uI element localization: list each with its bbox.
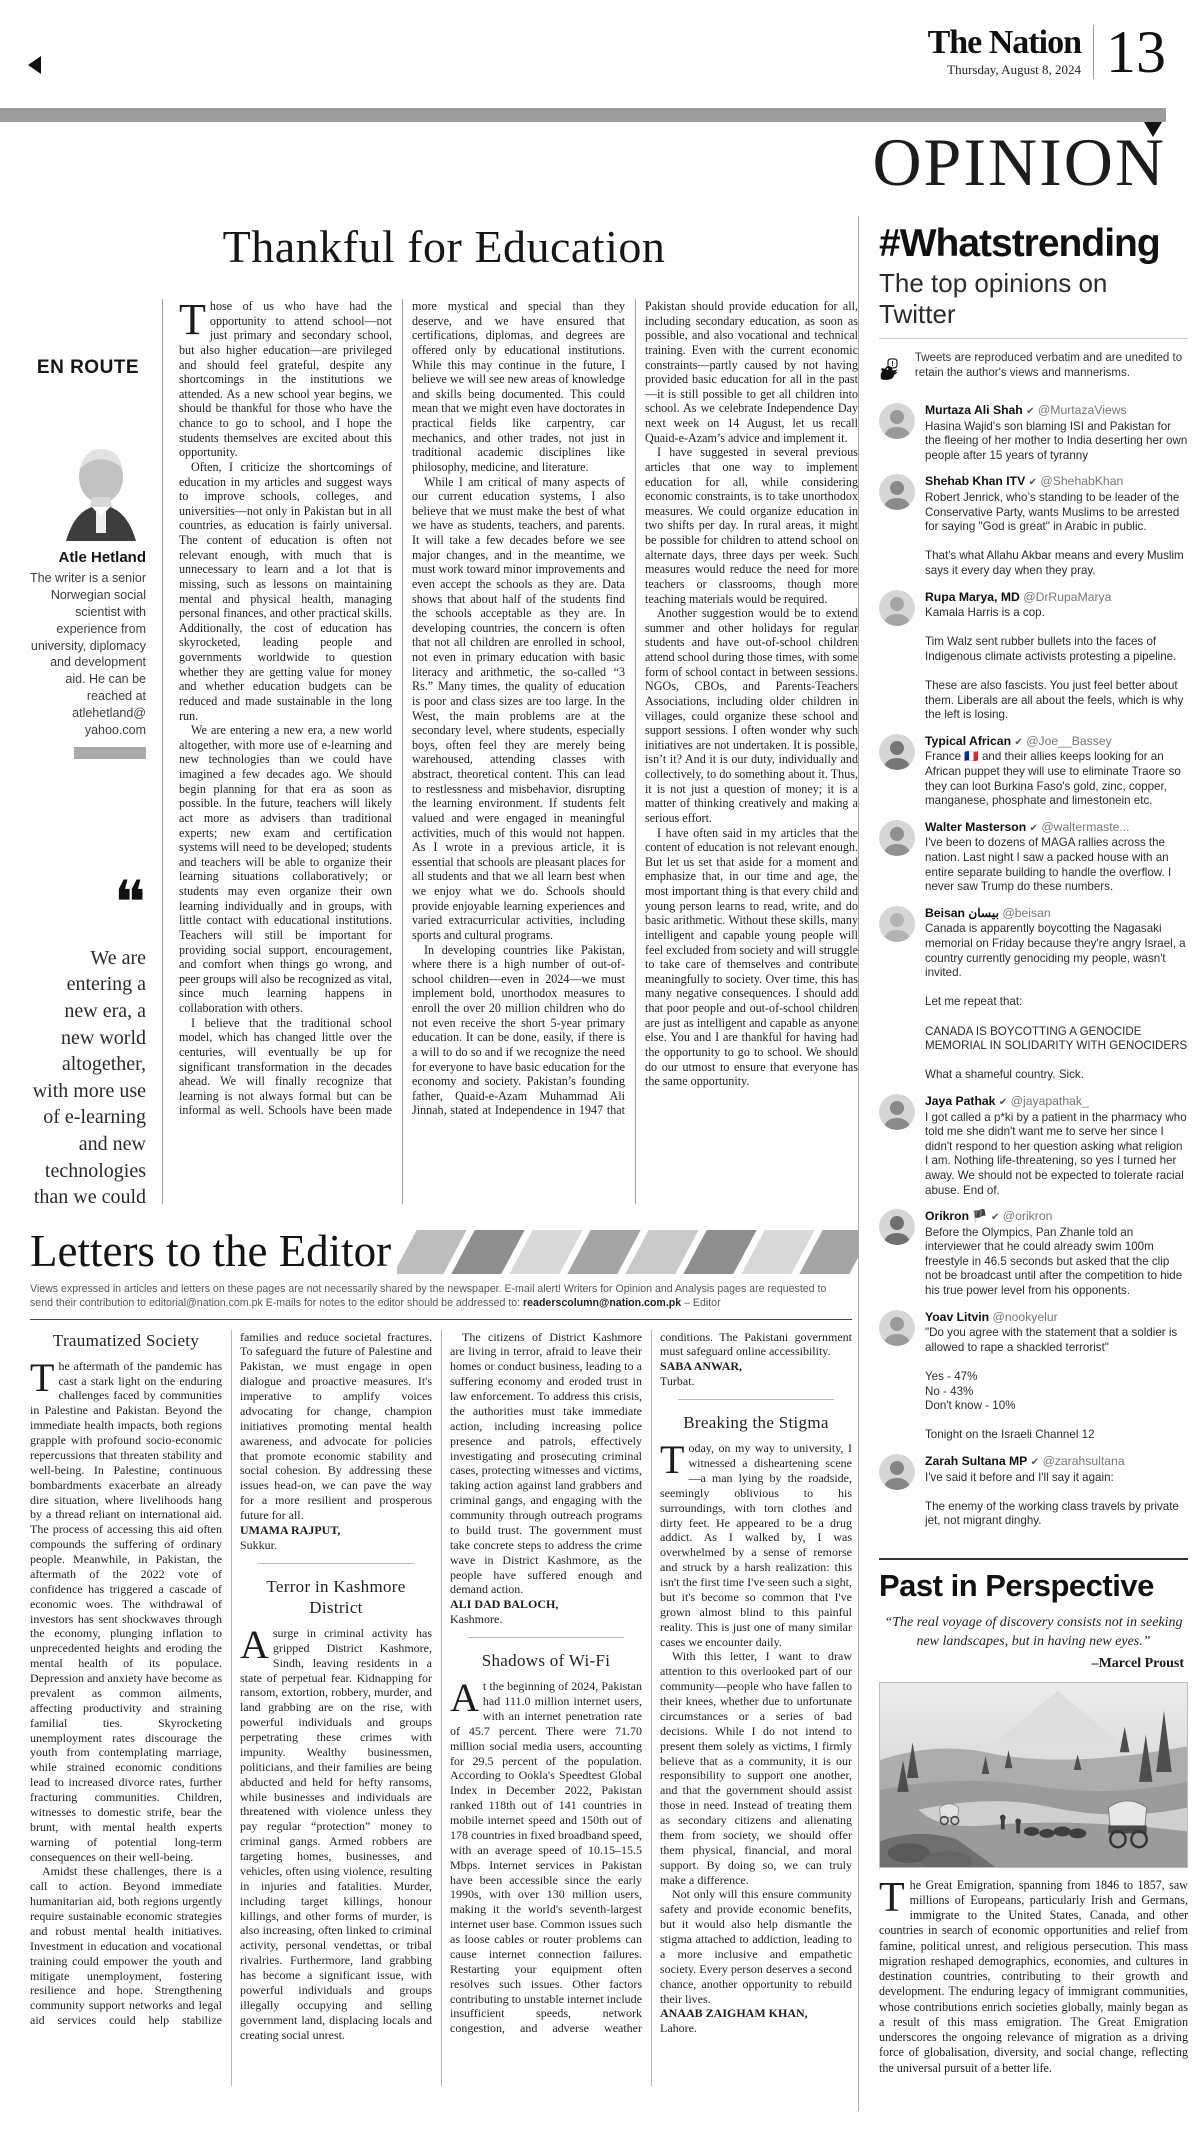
article-body: Those of us who have had the opportunity… bbox=[162, 299, 858, 1204]
tweet: Rupa Marya, MD @DrRupaMaryaKamala Harris… bbox=[879, 590, 1188, 723]
publication-name: The Nation bbox=[928, 26, 1081, 60]
tweet-text: I've been to dozens of MAGA rallies acro… bbox=[925, 836, 1188, 894]
author-divider-bar bbox=[74, 747, 146, 759]
letters-disclaimer: Views expressed in articles and letters … bbox=[30, 1282, 858, 1311]
masthead-divider bbox=[1093, 25, 1094, 79]
tweet-avatar bbox=[879, 1094, 915, 1130]
letters-title: Letters to the Editor bbox=[30, 1229, 391, 1274]
tweet: Yoav Litvin @nookyelur"Do you agree with… bbox=[879, 1310, 1188, 1443]
readers-column-email: readerscolumn@nation.com.pk bbox=[523, 1297, 681, 1309]
letter-location: Sukkur. bbox=[240, 1538, 432, 1553]
tweet-avatar bbox=[879, 590, 915, 626]
tweet-avatar bbox=[879, 1310, 915, 1346]
section-title: OPINION bbox=[0, 128, 1200, 216]
article-paragraph: Often, I criticize the shortcomings of e… bbox=[179, 460, 392, 723]
whatstrending-title: #Whatstrending bbox=[879, 222, 1188, 266]
tweet-text: Hasina Wajid's son blaming ISI and Pakis… bbox=[925, 420, 1188, 464]
newspaper-page: The Nation Thursday, August 8, 2024 13 O… bbox=[0, 0, 1200, 2133]
tweet-text: Canada is apparently boycotting the Naga… bbox=[925, 922, 1188, 1083]
letters-section: Letters to the Editor Views expressed in… bbox=[30, 1218, 858, 2086]
tweet-avatar bbox=[879, 820, 915, 856]
tweet-avatar bbox=[879, 906, 915, 942]
past-body: The Great Emigration, spanning from 1846… bbox=[879, 1878, 1188, 2076]
tweet: Shehab Khan ITV ✔ @ShehabKhanRobert Jenr… bbox=[879, 474, 1188, 578]
verified-badge-icon: ✔ bbox=[999, 1097, 1007, 1108]
section-bar bbox=[0, 108, 1166, 122]
letter-paragraph: A surge in criminal activity has gripped… bbox=[240, 1626, 432, 2043]
verified-badge-icon: ✔ bbox=[1030, 823, 1038, 834]
author-bio: The writer is a senior Norwegian social … bbox=[30, 570, 146, 739]
letter-signature: UMAMA RAJPUT, bbox=[240, 1523, 432, 1538]
tweet: Jaya Pathak ✔ @jayapathak_I got called a… bbox=[879, 1094, 1188, 1198]
letter-signature: ANAAB ZAIGHAM KHAN, bbox=[660, 2006, 852, 2021]
letters-stripes-decoration bbox=[397, 1230, 858, 1274]
verified-badge-icon: ✔ bbox=[1029, 477, 1037, 488]
tweet-text: I got called a p*ki by a patient in the … bbox=[925, 1111, 1188, 1199]
author-photo bbox=[54, 437, 146, 541]
verified-badge-icon: ✔ bbox=[1026, 406, 1034, 417]
past-quote-attribution: –Marcel Proust bbox=[879, 1656, 1188, 1672]
tweet: Walter Masterson ✔ @waltermaste...I've b… bbox=[879, 820, 1188, 895]
tweet-avatar bbox=[879, 1454, 915, 1490]
tweet-text: Kamala Harris is a cop. Tim Walz sent ru… bbox=[925, 606, 1188, 723]
page-corner-marker-icon bbox=[28, 56, 41, 74]
tweet: Orikron 🏴 ✔ @orikronBefore the Olympics,… bbox=[879, 1209, 1188, 1299]
publication-date: Thursday, August 8, 2024 bbox=[928, 62, 1081, 78]
bar-triangle-icon bbox=[1144, 122, 1162, 137]
letter-location: Lahore. bbox=[660, 2021, 852, 2036]
letter-paragraph: The citizens of District Kashmore are li… bbox=[450, 1330, 642, 1598]
tweet: Zarah Sultana MP ✔ @zarahsultanaI've sai… bbox=[879, 1454, 1188, 1529]
letter-divider bbox=[468, 1637, 624, 1638]
letter-paragraph: Today, on my way to university, I witnes… bbox=[660, 1441, 852, 1649]
tweet-avatar bbox=[879, 403, 915, 439]
past-quote: “The real voyage of discovery consists n… bbox=[879, 1614, 1188, 1652]
article-paragraph: Those of us who have had the opportunity… bbox=[179, 299, 392, 460]
letter-breaking-the-stigma: Breaking the Stigma Today, on my way to … bbox=[660, 1399, 852, 2036]
tweet-avatar bbox=[879, 1209, 915, 1245]
letter-location: Turbat. bbox=[660, 1374, 852, 1389]
twitter-bird-icon: ! bbox=[879, 349, 905, 389]
tweet: Murtaza Ali Shah ✔ @MurtazaViewsHasina W… bbox=[879, 403, 1188, 463]
article-kicker: EN ROUTE bbox=[30, 357, 146, 379]
letter-paragraph: With this letter, I want to draw attenti… bbox=[660, 1649, 852, 1887]
letter-heading: Traumatized Society bbox=[30, 1330, 222, 1351]
tweet-avatar bbox=[879, 734, 915, 770]
whatstrending-subtitle: The top opinions on Twitter bbox=[879, 268, 1188, 339]
letter-divider bbox=[678, 1399, 834, 1400]
letter-paragraph: Not only will this ensure community safe… bbox=[660, 1887, 852, 2006]
masthead: The Nation Thursday, August 8, 2024 13 bbox=[0, 0, 1200, 108]
past-in-perspective-section: Past in Perspective “The real voyage of … bbox=[879, 1558, 1188, 2076]
tweet-list: Murtaza Ali Shah ✔ @MurtazaViewsHasina W… bbox=[879, 403, 1188, 1548]
letters-rule bbox=[30, 1319, 852, 1320]
pull-quote-mark-icon: ❝ bbox=[30, 879, 146, 927]
tweet-text: "Do you agree with the statement that a … bbox=[925, 1326, 1188, 1443]
article-paragraph: I have often said in my articles that th… bbox=[645, 826, 858, 1089]
article-paragraph: While I am critical of many aspects of o… bbox=[412, 475, 625, 943]
page-number: 13 bbox=[1106, 22, 1166, 82]
tweets-disclaimer: Tweets are reproduced verbatim and are u… bbox=[915, 349, 1188, 381]
verified-badge-icon: ✔ bbox=[1031, 1457, 1039, 1468]
letter-divider bbox=[258, 1563, 414, 1564]
article-paragraph: Another suggestion would be to extend su… bbox=[645, 606, 858, 825]
past-in-perspective-image bbox=[879, 1682, 1188, 1868]
article-title: Thankful for Education bbox=[30, 220, 858, 273]
tweet-text: I've said it before and I'll say it agai… bbox=[925, 1471, 1188, 1529]
letter-heading: Breaking the Stigma bbox=[660, 1412, 852, 1433]
tweet-text: Before the Olympics, Pan Zhanle told an … bbox=[925, 1226, 1188, 1299]
tweet-avatar bbox=[879, 474, 915, 510]
tweet: Beisan بيسان @beisanCanada is apparently… bbox=[879, 906, 1188, 1083]
author-column: EN ROUTE Atle Hetland The writer is a se… bbox=[30, 299, 146, 1204]
article-paragraph: I have suggested in several previous art… bbox=[645, 445, 858, 606]
verified-badge-icon: ✔ bbox=[991, 1212, 999, 1223]
tweet: Typical African ✔ @Joe__BasseyFrance 🇫🇷 … bbox=[879, 734, 1188, 809]
article-paragraph: We are entering a new era, a new world a… bbox=[179, 723, 392, 1016]
letter-heading: Shadows of Wi-Fi bbox=[450, 1650, 642, 1671]
letter-location: Kashmore. bbox=[450, 1612, 642, 1627]
letter-paragraph: The aftermath of the pandemic has cast a… bbox=[30, 1359, 222, 1865]
letter-signature: SABA ANWAR, bbox=[660, 1359, 852, 1374]
letters-columns: Traumatized Society The aftermath of the… bbox=[30, 1330, 858, 2086]
whatstrending-column: #Whatstrending The top opinions on Twitt… bbox=[858, 216, 1200, 2111]
verified-badge-icon: ✔ bbox=[1014, 737, 1022, 748]
tweet-text: France 🇫🇷 and their allies keeps looking… bbox=[925, 750, 1188, 808]
article: EN ROUTE Atle Hetland The writer is a se… bbox=[30, 299, 858, 1204]
svg-text:!: ! bbox=[891, 359, 893, 368]
letter-signature: ALI DAD BALOCH, bbox=[450, 1597, 642, 1612]
letter-heading: Terror in Kashmore District bbox=[240, 1576, 432, 1618]
pull-quote: We are entering a new era, a new world a… bbox=[30, 945, 146, 1204]
past-in-perspective-title: Past in Perspective bbox=[879, 1568, 1188, 1604]
tweet-text: Robert Jenrick, who’s standing to be lea… bbox=[925, 491, 1188, 579]
author-name: Atle Hetland bbox=[30, 549, 146, 566]
